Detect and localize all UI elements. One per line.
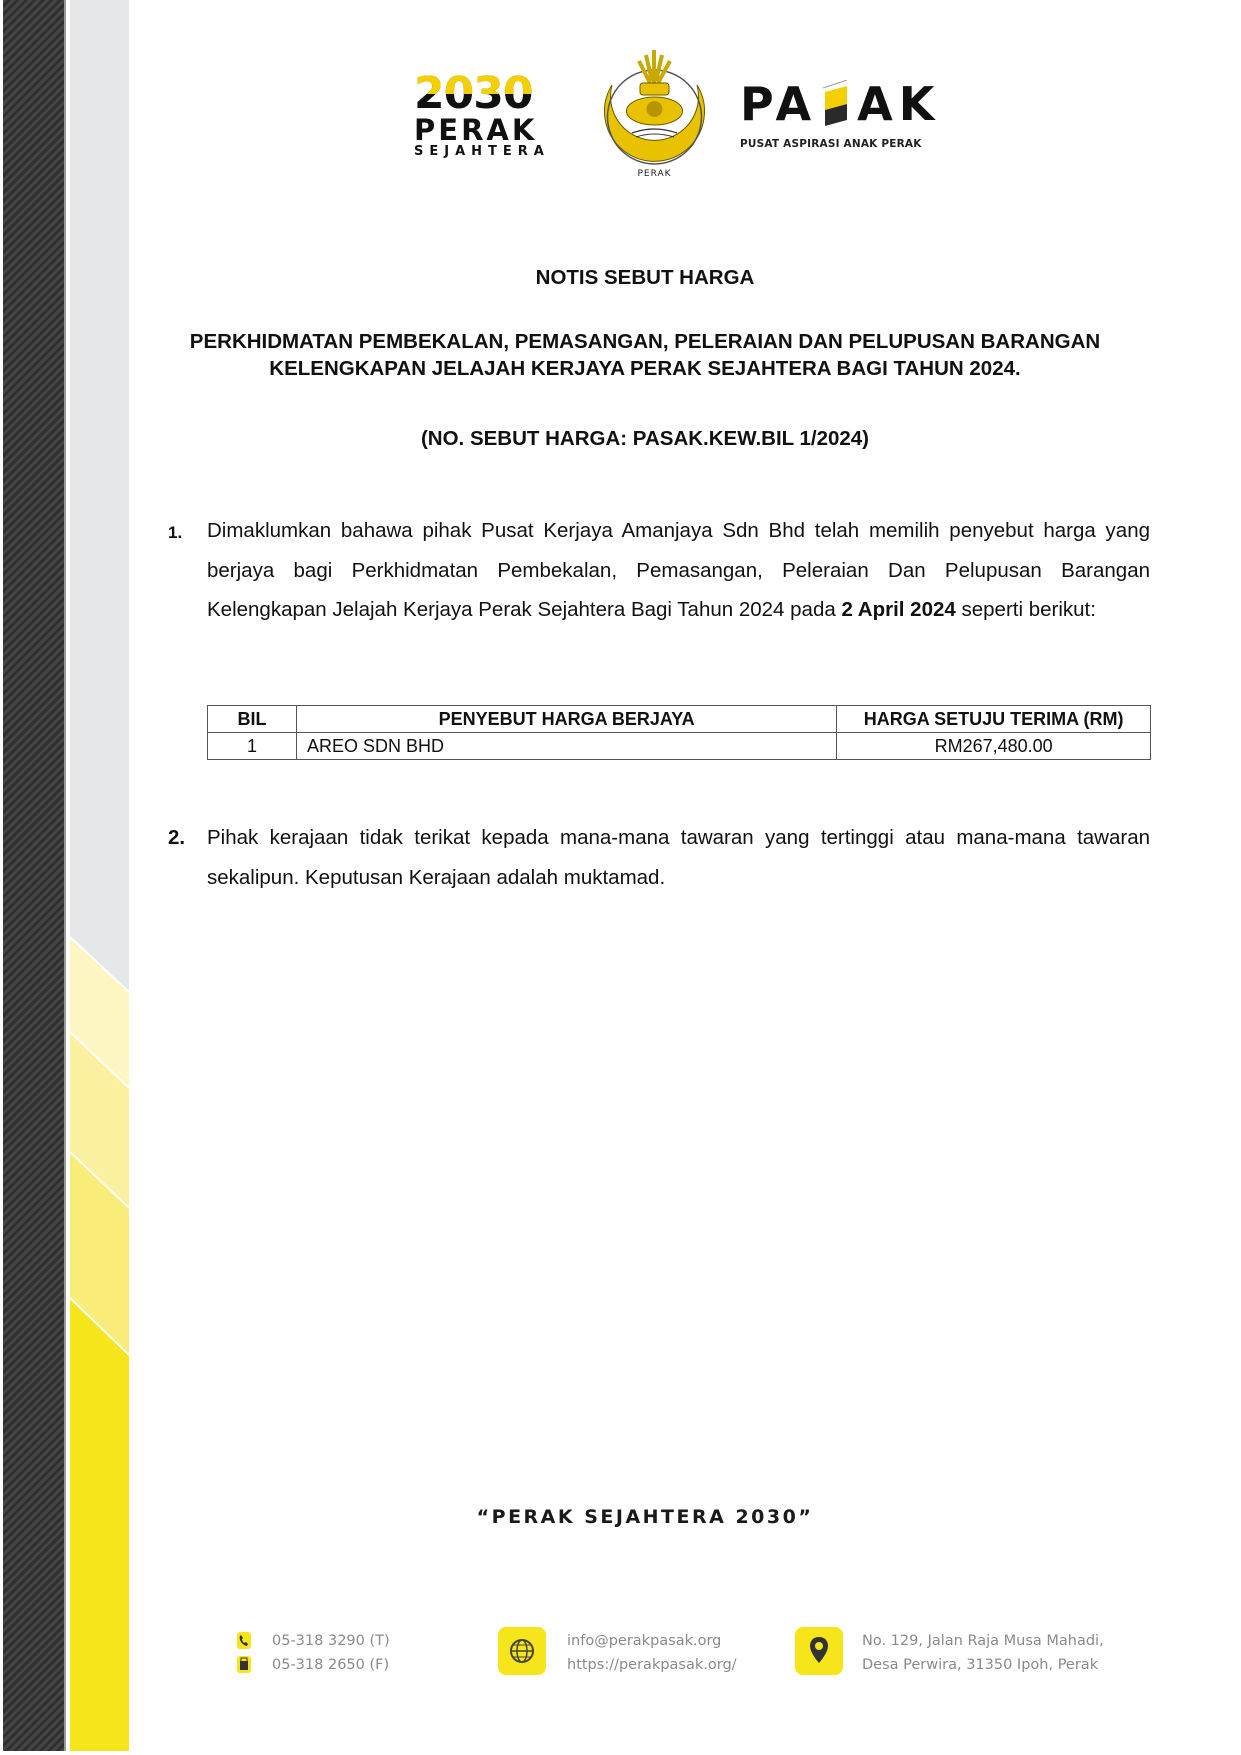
cell-price: RM267,480.00 <box>837 733 1151 760</box>
quotation-reference-number: (NO. SEBUT HARGA: PASAK.KEW.BIL 1/2024) <box>150 427 1140 451</box>
cell-company: AREO SDN BHD <box>296 733 836 760</box>
table-row: 1 AREO SDN BHD RM267,480.00 <box>208 733 1151 760</box>
column-header-harga: HARGA SETUJU TERIMA (RM) <box>837 706 1151 733</box>
decorative-dark-strip <box>3 0 66 1751</box>
paragraph-number: 1. <box>168 523 182 543</box>
column-header-penyebut: PENYEBUT HARGA BERJAYA <box>296 706 836 733</box>
fax-icon <box>237 1656 251 1673</box>
fax-number: 05-318 2650 (F) <box>272 1653 389 1677</box>
logo-2030-sejahtera: SEJAHTERA <box>414 144 564 160</box>
paragraph-text: Dimaklumkan bahawa pihak Pusat Kerjaya A… <box>207 511 1150 630</box>
yellow-bands-graphic <box>70 0 129 1751</box>
table-header-row: BIL PENYEBUT HARGA BERJAYA HARGA SETUJU … <box>208 706 1151 733</box>
crest-emblem-icon <box>592 45 717 170</box>
cell-bil: 1 <box>208 733 297 760</box>
footer-address-line1: No. 129, Jalan Raja Musa Mahadi, <box>862 1629 1104 1653</box>
globe-icon <box>498 1627 546 1675</box>
notice-subtitle: PERKHIDMATAN PEMBEKALAN, PEMASANGAN, PEL… <box>185 328 1105 382</box>
notice-title: NOTIS SEBUT HARGA <box>150 266 1140 290</box>
perak-sejahtera-2030-logo: 2030 2030 PERAK SEJAHTERA <box>414 72 564 162</box>
location-pin-icon <box>795 1627 843 1675</box>
footer-website-link[interactable]: https://perakpasak.org/ <box>567 1653 737 1677</box>
decorative-gradient-strip <box>70 0 129 1751</box>
pasak-s-shape-icon <box>817 80 857 120</box>
paragraph-text: Pihak kerajaan tidak terikat kepada mana… <box>207 818 1150 897</box>
paragraph-number: 2. <box>168 818 185 858</box>
award-table: BIL PENYEBUT HARGA BERJAYA HARGA SETUJU … <box>207 705 1151 760</box>
column-header-bil: BIL <box>208 706 297 733</box>
crest-label: PERAK <box>592 169 717 179</box>
logo-2030-perak: PERAK <box>414 116 564 144</box>
pasak-wordmark: PA AK <box>740 80 960 128</box>
phone-number: 05-318 3290 (T) <box>272 1629 390 1653</box>
phone-icon <box>237 1632 251 1649</box>
logo-2030-year: 2030 2030 <box>414 72 564 116</box>
pasak-tagline: PUSAT ASPIRASI ANAK PERAK <box>740 138 960 150</box>
perak-state-crest: PERAK <box>592 45 717 185</box>
motto: “PERAK SEJAHTERA 2030” <box>150 1506 1140 1528</box>
footer-email[interactable]: info@perakpasak.org <box>567 1629 721 1653</box>
pasak-logo: PA AK PUSAT ASPIRASI ANAK PERAK <box>740 80 960 160</box>
award-date: 2 April 2024 <box>841 598 955 621</box>
footer-address-line2: Desa Perwira, 31350 Ipoh, Perak <box>862 1653 1098 1677</box>
